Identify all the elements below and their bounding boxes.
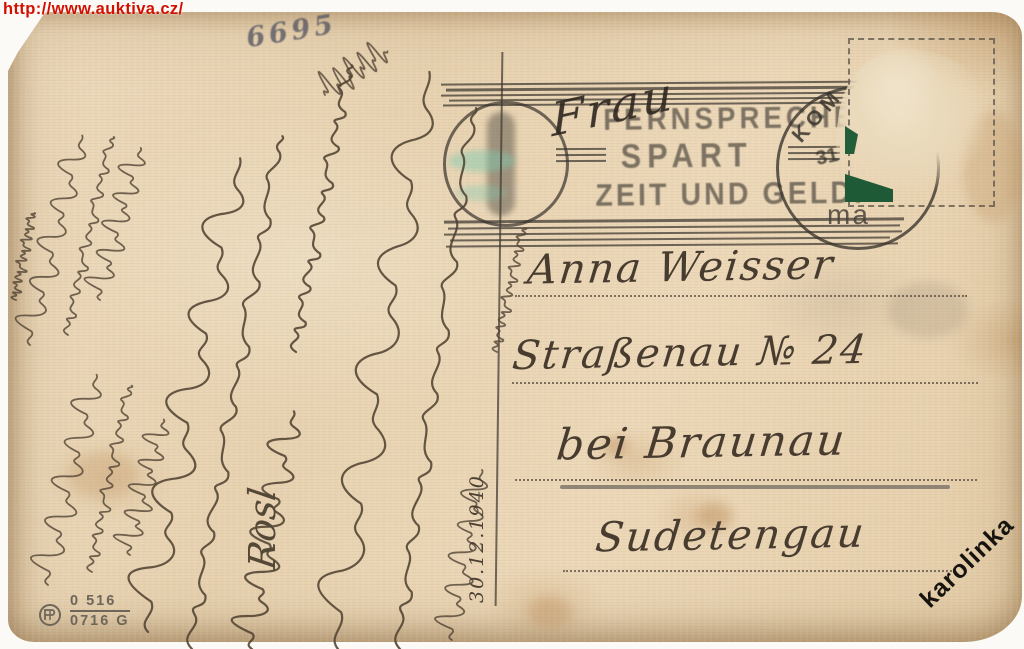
fox-stain: [68, 452, 138, 498]
handwritten-signature: Rosl: [241, 485, 284, 572]
handwritten-street: Straßenau № 24: [510, 327, 870, 379]
address-dotted-line-4: [563, 570, 955, 572]
handwritten-name: Anna Weisser: [525, 240, 837, 293]
printer-number-top: 0 516: [70, 593, 130, 610]
handwritten-town: bei Braunau: [554, 415, 849, 470]
handwritten-date: 30.12.1940: [466, 474, 488, 603]
stamp-frame-dashed: [848, 38, 995, 207]
address-dotted-line-3: [515, 479, 977, 481]
printer-logo-icon: [38, 603, 62, 627]
printer-number-bottom: 0716 G: [70, 610, 130, 630]
teal-smudge: [449, 150, 515, 172]
teal-smudge: [456, 185, 506, 201]
fox-stain: [888, 282, 968, 338]
slogan-line-2: SPART: [621, 137, 753, 177]
postcard-scan: 30.12.1940 Rosl FERNSPRECHER SPART ZEIT …: [0, 0, 1024, 649]
address-dotted-line-2: [512, 382, 978, 384]
address-dotted-line-1: [515, 295, 967, 297]
printer-mark: 0 516 0716 G: [38, 593, 130, 629]
address-underline-bar: [560, 485, 950, 489]
fox-stain: [528, 597, 572, 627]
handwritten-region: Sudetengau: [593, 509, 868, 562]
auktiva-url-watermark: http://www.auktiva.cz/: [3, 0, 184, 19]
